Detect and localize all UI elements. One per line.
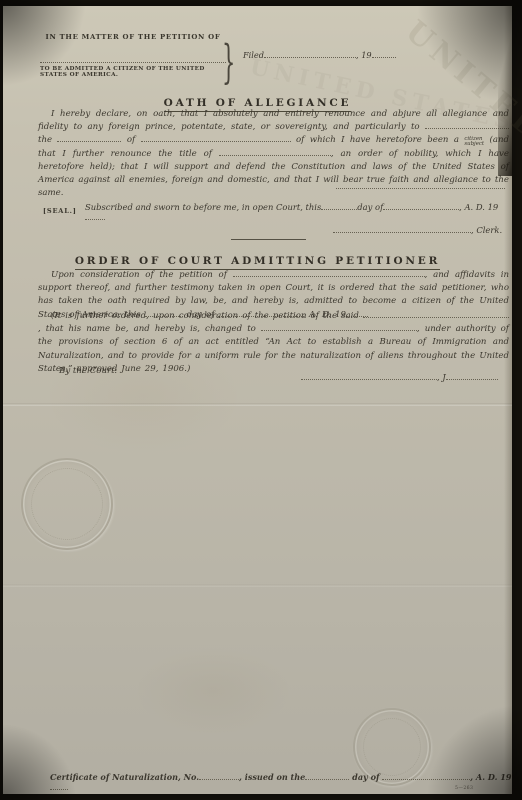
order-section-title: ORDER OF COURT ADMITTING PETITIONER	[75, 255, 440, 270]
blank-field	[141, 134, 291, 142]
blank-field	[261, 323, 417, 331]
footer-print-code: 5—263	[455, 786, 473, 791]
section-divider	[231, 239, 306, 240]
fold-crease	[3, 584, 512, 587]
certificate-footer-line: Certificate of Naturalization, No., issu…	[50, 772, 512, 792]
footer-text: day of	[352, 772, 379, 782]
clerk-label: , Clerk.	[471, 225, 502, 235]
caption-brace: }	[222, 34, 235, 89]
blank-field	[321, 202, 357, 210]
paper-sheet: UNITED STATES UNITED STATES IN THE MATTE…	[3, 6, 512, 794]
stack-bottom: subject	[464, 141, 484, 147]
subscribed-text: , A. D. 19	[459, 202, 498, 212]
subscribed-line: Subscribed and sworn to before me, in op…	[85, 202, 509, 222]
blank-field	[382, 772, 470, 780]
order-text: (It is further ordered, upon considerati…	[51, 311, 359, 321]
paper-edge-tear	[498, 6, 512, 176]
blank-field	[383, 202, 459, 210]
oath-text: of	[127, 135, 135, 145]
subscribed-text: day of	[357, 202, 383, 212]
seal-notation: [SEAL.]	[43, 207, 77, 215]
by-the-court-label: By the Court:	[59, 366, 117, 376]
order-text: , that his name be, and hereby is, chang…	[38, 324, 256, 334]
embossed-seal-left	[21, 458, 113, 550]
blank-field	[425, 121, 509, 129]
order-section: ORDER OF COURT ADMITTING PETITIONER	[3, 249, 512, 270]
blank-field	[219, 148, 331, 156]
blank-field	[305, 772, 349, 780]
filed-line: Filed, 19	[243, 50, 396, 60]
oath-text: of which I have heretofore been a	[296, 135, 459, 145]
footer-text: Certificate of Naturalization, No.	[50, 772, 199, 782]
paper-stain	[133, 646, 293, 736]
subscribed-text: Subscribed and sworn to before me, in op…	[85, 202, 321, 212]
blank-field	[57, 134, 121, 142]
clerk-line: , Clerk.	[333, 225, 502, 235]
blank-field	[264, 50, 356, 58]
judge-signature-line: , J	[301, 372, 498, 382]
blank-field	[301, 372, 437, 380]
order-text: Upon consideration of the petition of	[51, 270, 227, 280]
blank-field	[446, 372, 498, 380]
fold-crease	[3, 403, 512, 406]
blank-field	[199, 772, 239, 780]
blank-field	[372, 50, 396, 58]
filed-label: Filed	[243, 50, 264, 60]
oath-text: the	[38, 135, 52, 145]
petition-caption: IN THE MATTER OF THE PETITION OF TO BE A…	[40, 33, 226, 78]
caption-line-2: TO BE ADMITTED A CITIZEN OF THE UNITED S…	[40, 66, 226, 78]
footer-text: , issued on the	[239, 772, 305, 782]
caption-line-1: IN THE MATTER OF THE PETITION OF	[40, 33, 226, 41]
filed-year-prefix: , 19	[356, 50, 372, 60]
citizen-subject-stack: citizensubject	[464, 137, 484, 147]
blank-field	[50, 782, 68, 790]
blank-field	[363, 310, 509, 318]
blank-field	[233, 269, 425, 277]
judge-suffix: , J	[437, 372, 446, 382]
blank-field	[333, 225, 471, 233]
oath-signature-line	[336, 188, 505, 189]
oath-paragraph: I hereby declare, on oath, that I absolu…	[38, 108, 509, 200]
blank-field	[85, 212, 105, 220]
caption-name-blank	[40, 62, 226, 63]
